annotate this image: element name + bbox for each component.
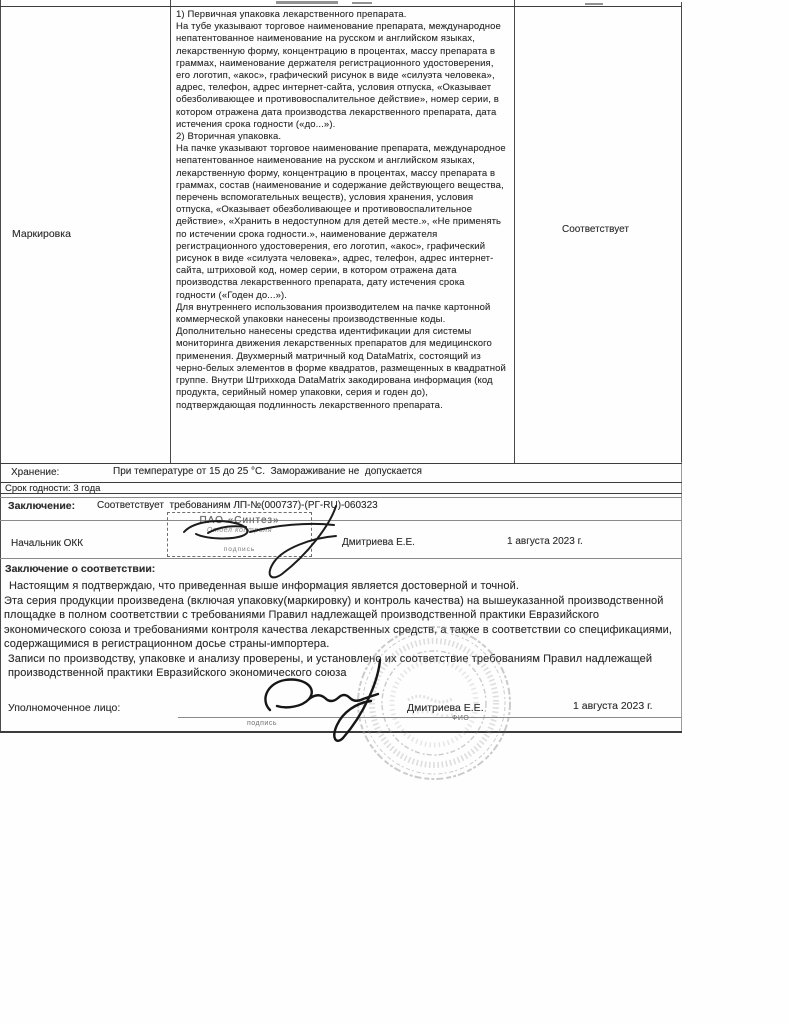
scanned-document-page: Маркировка 1) Первичная упаковка лекарст… [0, 0, 791, 1024]
clipped-text-fragment [585, 3, 603, 5]
shelf-life-text: Срок годности: 3 года [5, 483, 100, 494]
table-top-border [0, 6, 682, 7]
conformity-paragraph-2: Эта серия продукции произведена (включая… [4, 594, 682, 652]
row-border-2 [0, 482, 682, 483]
marking-paragraph: 2) Вторичная упаковка. [176, 131, 506, 143]
table-left-border [0, 0, 1, 733]
authorized-name-caption: ФИО [452, 715, 469, 722]
authorized-name: Дмитриева Е.Е. [407, 702, 484, 714]
clipped-text-fragment [276, 1, 338, 4]
authorized-date: 1 августа 2023 г. [573, 700, 653, 712]
marking-text-block: 1) Первичная упаковка лекарственного пре… [176, 9, 506, 461]
marking-row-label: Маркировка [12, 228, 71, 240]
qc-head-date: 1 августа 2023 г. [507, 536, 583, 547]
row-border-1 [0, 463, 682, 464]
marking-paragraph: Дополнительно нанесены средства идентифи… [176, 326, 506, 411]
signature-icon [240, 650, 410, 750]
marking-status-value: Соответствует [562, 224, 629, 235]
authorized-person-label: Уполномоченное лицо: [8, 702, 120, 714]
clipped-text-fragment [352, 2, 372, 4]
marking-paragraph: 1) Первичная упаковка лекарственного пре… [176, 9, 506, 21]
storage-label: Хранение: [11, 467, 59, 478]
storage-value: При температуре от 15 до 25 °С. Заморажи… [113, 466, 422, 477]
table-right-border [681, 2, 682, 462]
qc-head-name: Дмитриева Е.Е. [342, 537, 415, 548]
qc-head-position: Начальник ОКК [11, 538, 83, 549]
marking-paragraph: На тубе указывают торговое наименование … [176, 21, 506, 131]
conformity-header: Заключение о соответствии: [5, 563, 155, 575]
table-col2-divider [514, 0, 515, 463]
conformity-paragraph-1: Настоящим я подтверждаю, что приведенная… [9, 579, 679, 593]
conclusion-label: Заключение: [8, 500, 75, 512]
table-col1-divider [170, 0, 171, 463]
marking-paragraph: Для внутреннего использования производит… [176, 302, 506, 326]
marking-paragraph: На пачке указывают торговое наименование… [176, 143, 506, 302]
